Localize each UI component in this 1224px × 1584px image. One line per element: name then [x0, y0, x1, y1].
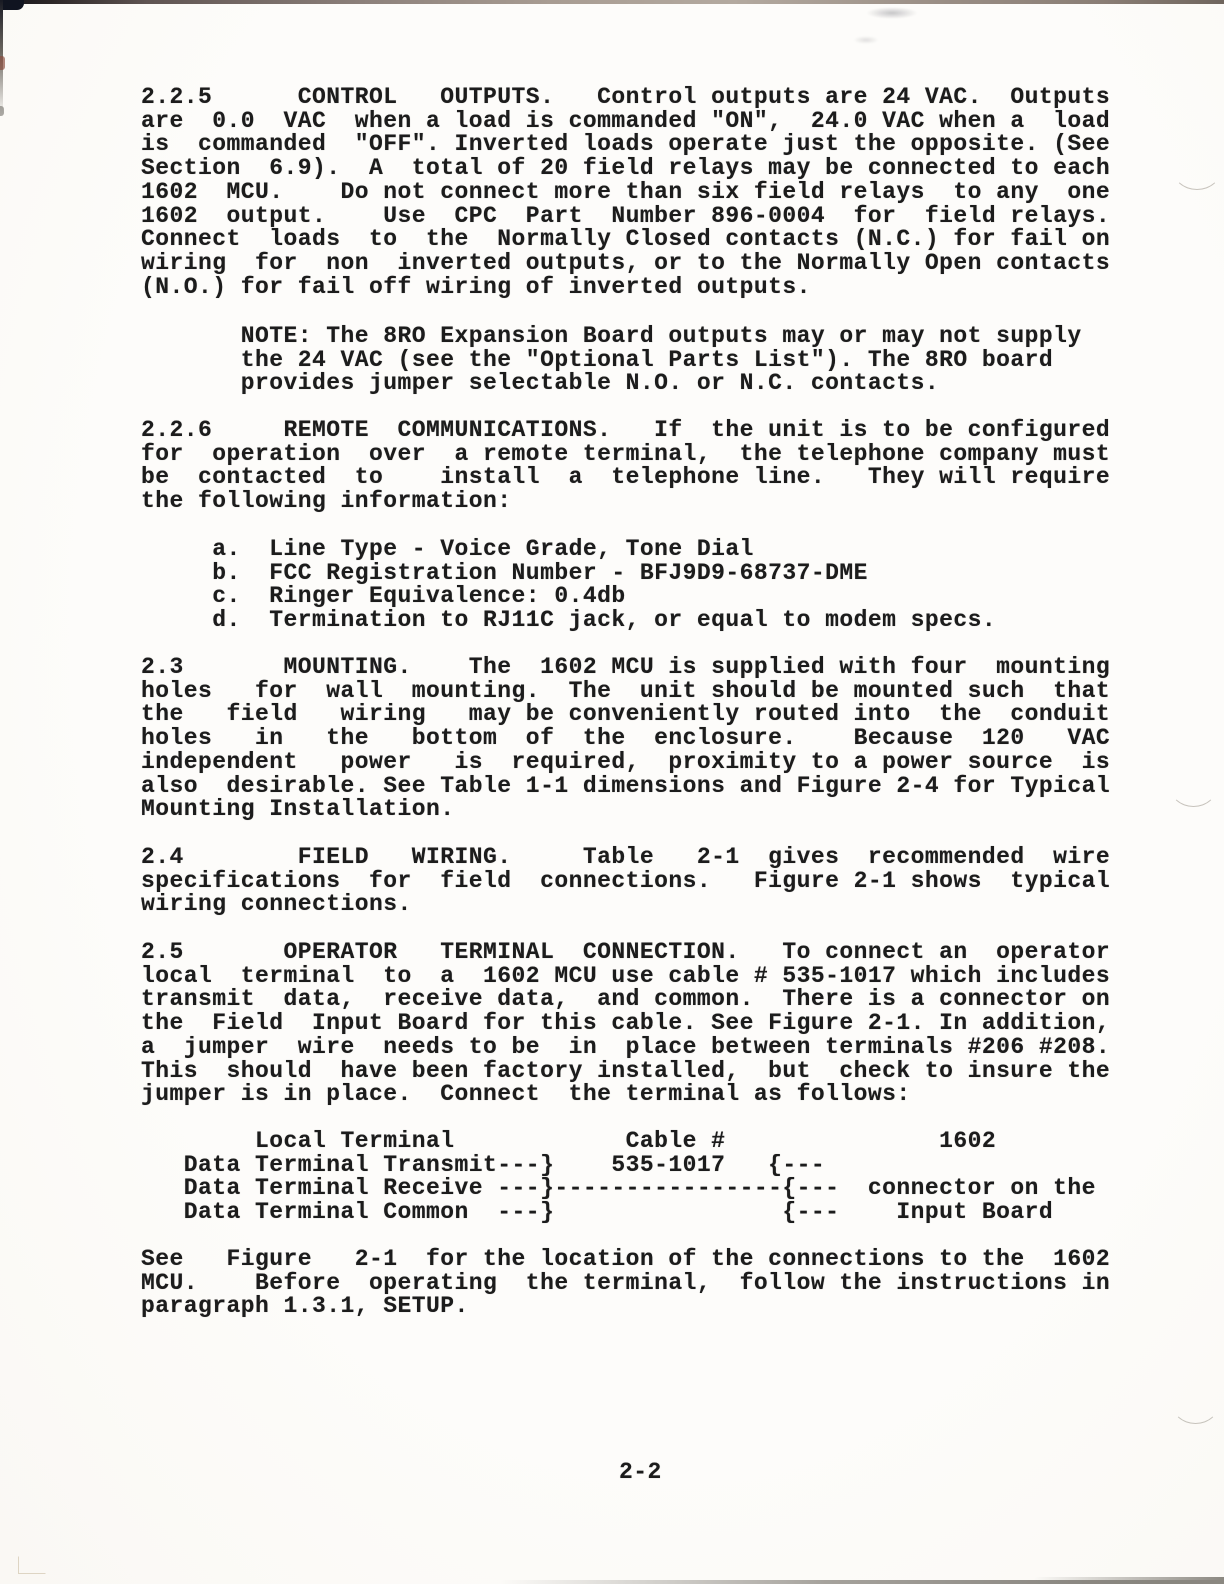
scan-edge-top [0, 0, 1224, 4]
paragraph-closing: See Figure 2-1 for the location of the c… [141, 1248, 1110, 1319]
paragraph-remote-communications: 2.2.6 REMOTE COMMUNICATIONS. If the unit… [141, 419, 1110, 514]
page-fold-mark [18, 1556, 46, 1574]
terminal-connection-diagram: Local Terminal Cable # 1602 Data Termina… [141, 1130, 1096, 1225]
pencil-smudge-faint [853, 36, 879, 44]
hole-punch-shadow-middle [1169, 763, 1218, 807]
list-phone-requirements: a. Line Type - Voice Grade, Tone Dial b.… [141, 538, 996, 633]
scan-corner-bottom-right [1034, 1577, 1224, 1584]
page-number: 2-2 [619, 1459, 662, 1485]
paragraph-mounting: 2.3 MOUNTING. The 1602 MCU is supplied w… [141, 656, 1110, 822]
paragraph-note-8ro: NOTE: The 8RO Expansion Board outputs ma… [141, 325, 1082, 396]
pencil-smudge [866, 7, 918, 19]
scan-corner-top-left [0, 0, 24, 10]
hole-punch-shadow-top [1172, 146, 1222, 190]
left-edge-red-mark [0, 56, 5, 70]
paragraph-control-outputs: 2.2.5 CONTROL OUTPUTS. Control outputs a… [141, 86, 1110, 299]
paragraph-field-wiring: 2.4 FIELD WIRING. Table 2-1 gives recomm… [141, 846, 1110, 917]
left-edge-gray-mark [0, 106, 4, 116]
document-page: 2.2.5 CONTROL OUTPUTS. Control outputs a… [0, 0, 1224, 1584]
paragraph-operator-terminal: 2.5 OPERATOR TERMINAL CONNECTION. To con… [141, 941, 1110, 1107]
hole-punch-shadow-bottom [1171, 1380, 1220, 1424]
